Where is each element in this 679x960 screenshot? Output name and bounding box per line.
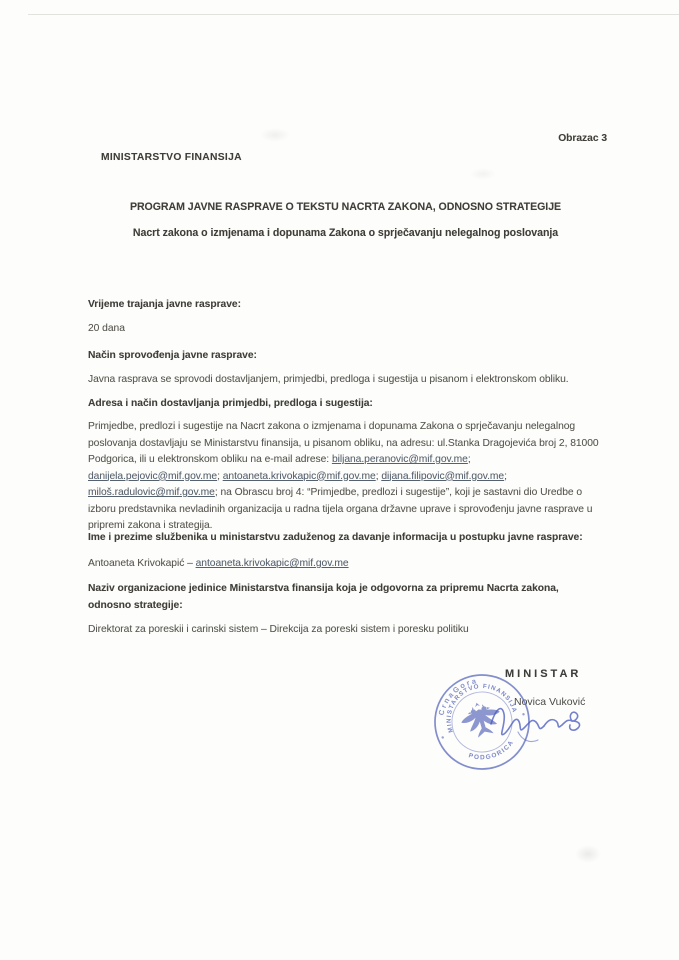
section-heading-unit: Naziv organizacione jedinice Ministarstv…	[88, 581, 603, 614]
section-body-method: Javna rasprava se sprovodi dostavljanjem…	[88, 372, 603, 389]
section-heading-contact: Ime i prezime službenika u ministarstvu …	[88, 530, 603, 547]
scan-smudge	[470, 168, 496, 180]
section-body-address: Primjedbe, predlozi i sugestije na Nacrt…	[88, 419, 603, 535]
email-link-2[interactable]: danijela.pejovic@mif.gov.me	[88, 471, 217, 482]
ministry-name: MINISTARSTVO FINANSIJA	[101, 150, 616, 167]
stamp-dot-left	[441, 736, 444, 739]
email-separator: ;	[468, 454, 471, 465]
email-link-3[interactable]: antoaneta.krivokapic@mif.gov.me	[223, 471, 376, 482]
email-link-1[interactable]: biljana.peranovic@mif.gov.me	[332, 454, 468, 465]
contact-email-link[interactable]: antoaneta.krivokapic@mif.gov.me	[196, 558, 349, 569]
section-body-contact: Antoaneta Krivokapić – antoaneta.krivoka…	[88, 556, 603, 573]
section-body-unit: Direktorat za poreskii i carinski sistem…	[88, 622, 603, 639]
section-heading-address: Adresa i način dostavljanja primjedbi, p…	[88, 396, 603, 413]
signature-graphic	[488, 694, 588, 756]
form-number-label: Obrazac 3	[88, 131, 607, 148]
section-heading-method: Način sprovođenja javne rasprave:	[88, 348, 603, 365]
scanned-document: { "document": { "form_label": "Obrazac 3…	[0, 0, 679, 960]
scan-edge-artifact	[28, 14, 679, 15]
document-title: PROGRAM JAVNE RASPRAVE O TEKSTU NACRTA Z…	[88, 199, 603, 216]
contact-person-name: Antoaneta Krivokapić	[88, 558, 184, 569]
email-link-5[interactable]: miloš.radulovic@mif.gov.me	[88, 487, 215, 498]
email-separator: ;	[504, 471, 507, 482]
email-link-4[interactable]: dijana.filipovic@mif.gov.me	[381, 471, 504, 482]
document-subtitle: Nacrt zakona o izmjenama i dopunama Zako…	[88, 225, 603, 242]
section-body-duration: 20 dana	[88, 321, 603, 338]
contact-separator: –	[184, 558, 195, 569]
minister-signature	[488, 694, 588, 756]
section-heading-duration: Vrijeme trajanja javne rasprave:	[88, 297, 603, 314]
scan-smudge	[575, 845, 601, 863]
